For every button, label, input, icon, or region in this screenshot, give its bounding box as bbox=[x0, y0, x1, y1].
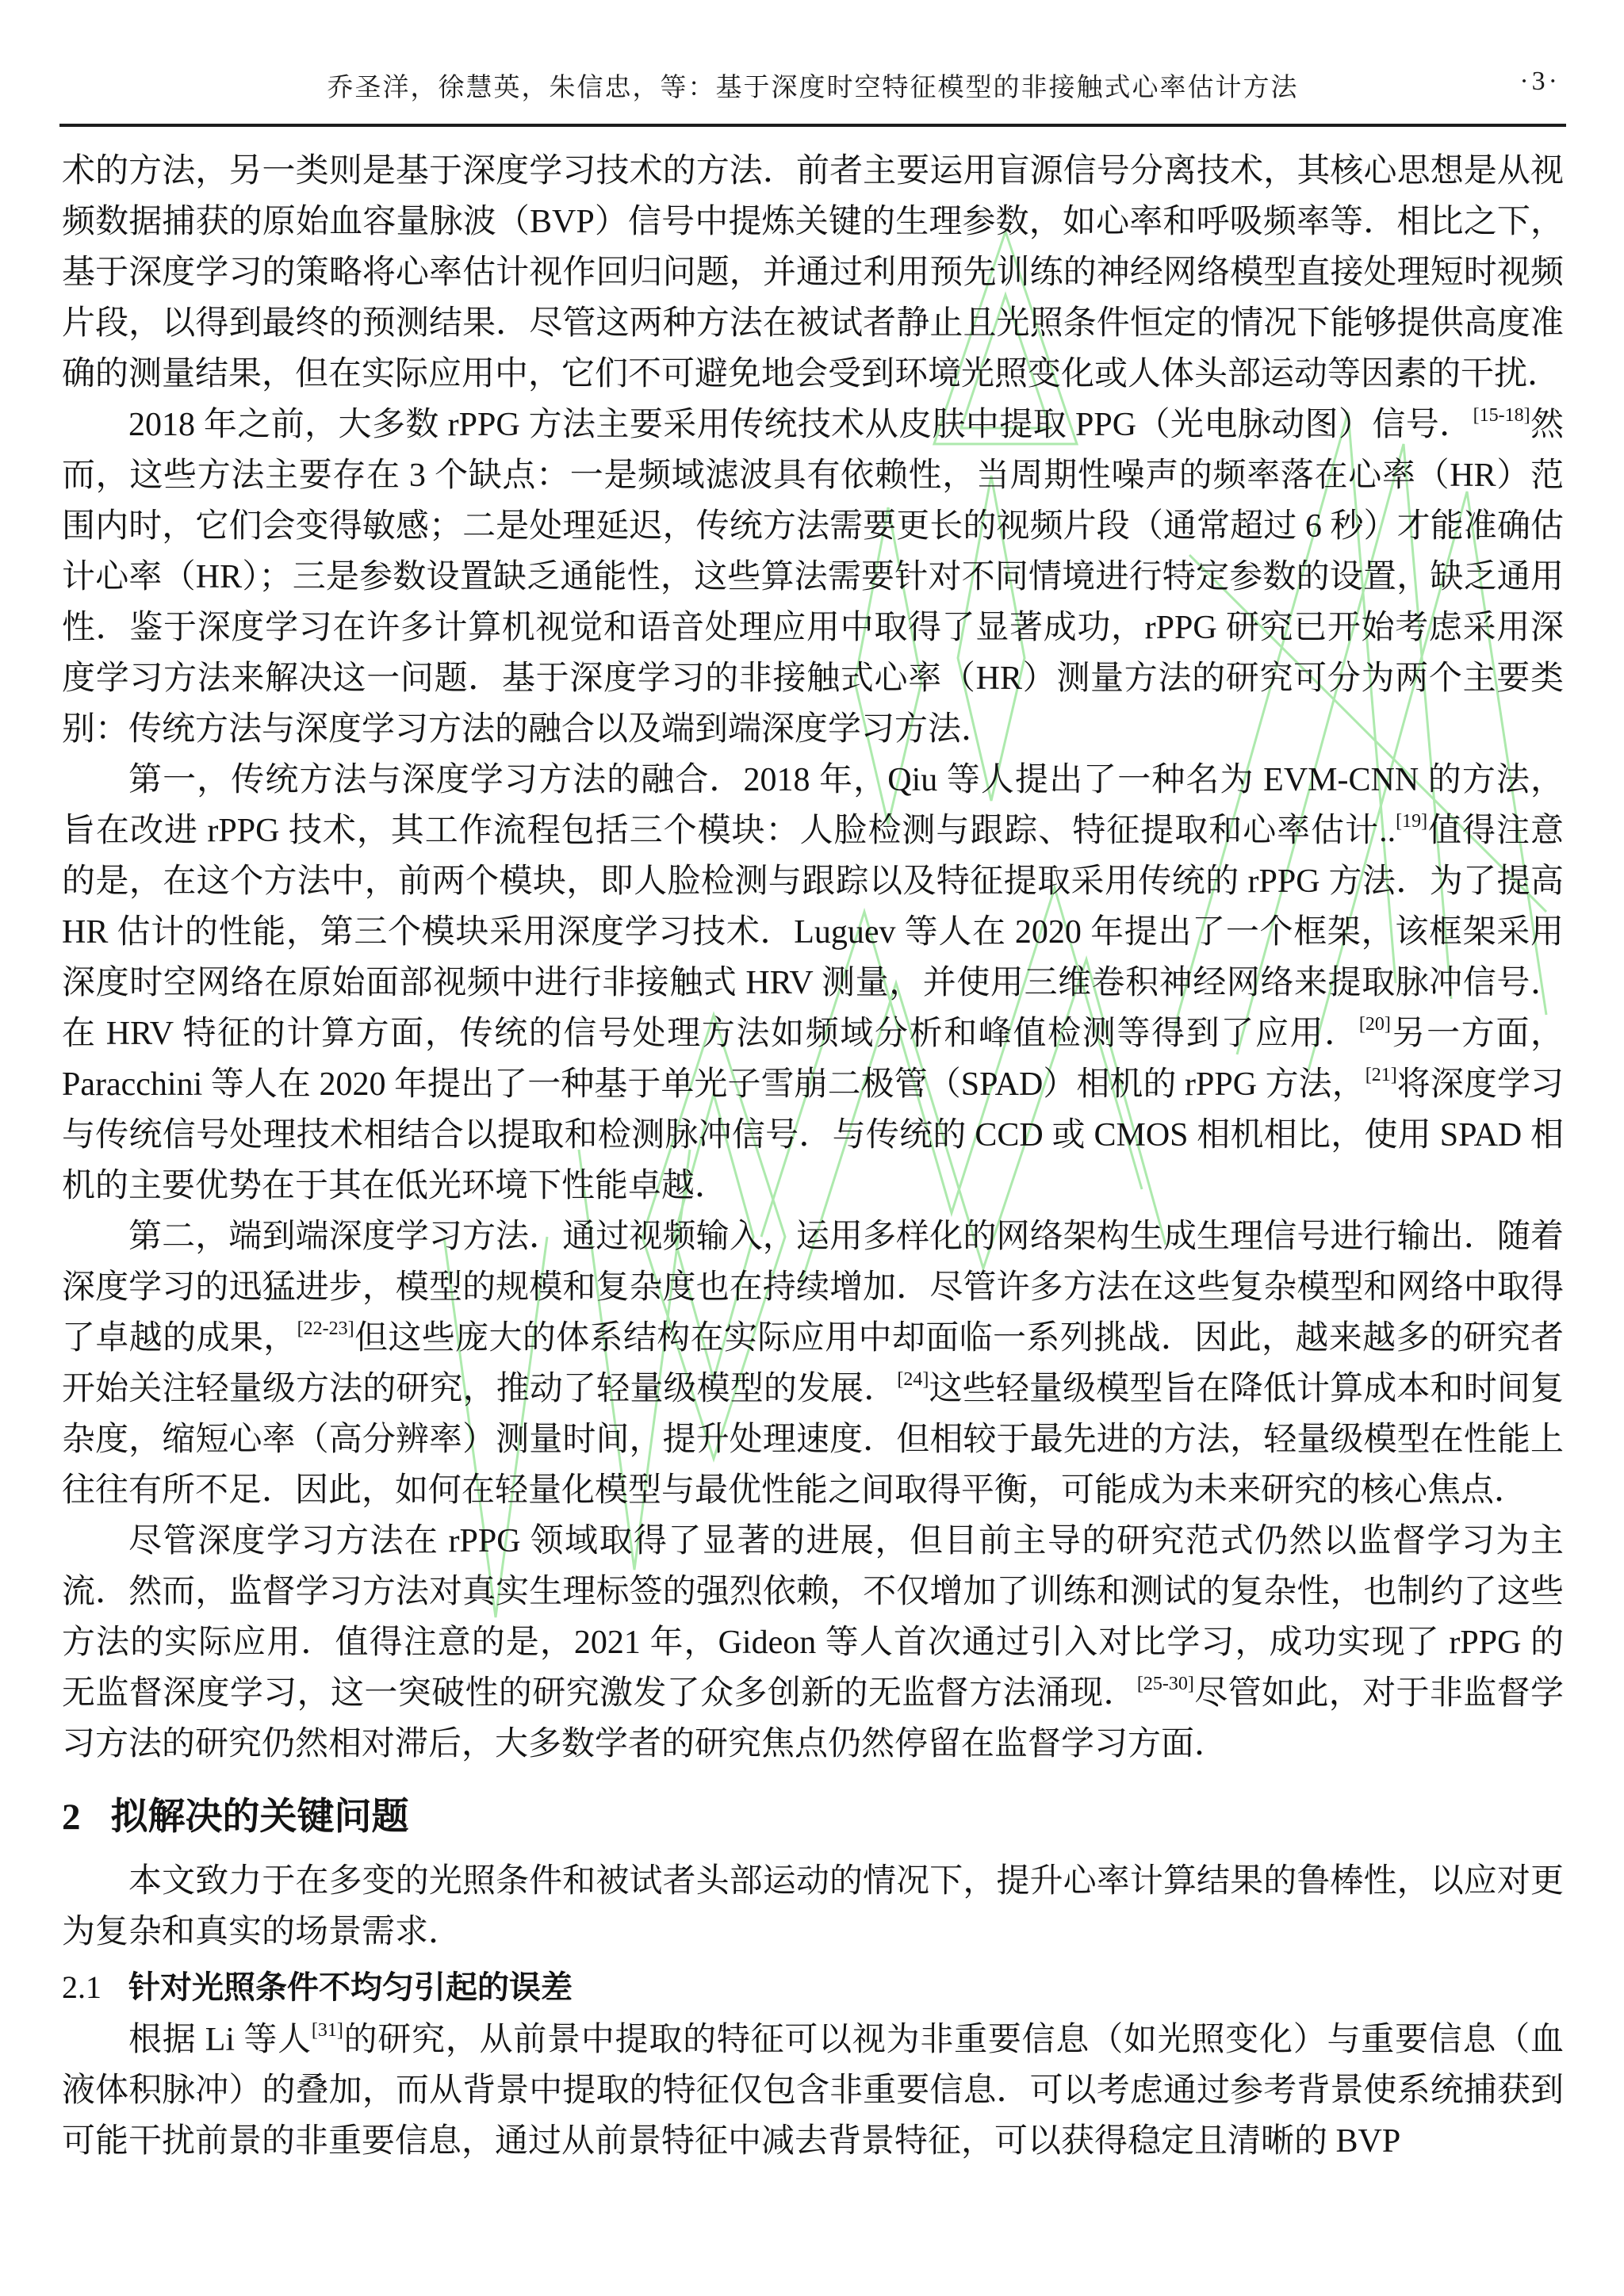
reference-marker: [21] bbox=[1365, 1065, 1397, 1085]
subsection-heading: 2.1针对光照条件不均匀引起的误差 bbox=[62, 1967, 1564, 2008]
heading-number: 2.1 bbox=[62, 1969, 101, 2005]
reference-marker: [24] bbox=[897, 1369, 929, 1390]
running-header: 乔圣洋，徐慧英，朱信忠，等：基于深度时空特征模型的非接触式心率估计方法 ·3· bbox=[62, 67, 1564, 106]
section-heading: 2拟解决的关键问题 bbox=[62, 1793, 1564, 1840]
heading-title: 拟解决的关键问题 bbox=[111, 1795, 409, 1837]
paragraph: 尽管深度学习方法在 rPPG 领域取得了显著的进展，但目前主导的研究范式仍然以监… bbox=[62, 1516, 1564, 1770]
paragraph: 术的方法，另一类则是基于深度学习技术的方法．前者主要运用盲源信号分离技术，其核心… bbox=[62, 146, 1564, 400]
reference-marker: [15-18] bbox=[1473, 405, 1530, 426]
paragraph: 本文致力于在多变的光照条件和被试者头部运动的情况下，提升心率计算结果的鲁棒性，以… bbox=[62, 1856, 1564, 1957]
paragraph: 第二，端到端深度学习方法．通过视频输入，运用多样化的网络架构生成生理信号进行输出… bbox=[62, 1211, 1564, 1516]
heading-number: 2 bbox=[62, 1797, 81, 1838]
header-rule bbox=[59, 124, 1566, 127]
reference-marker: [20] bbox=[1359, 1014, 1391, 1035]
reference-marker: [19] bbox=[1396, 811, 1427, 832]
paragraph: 2018 年之前，大多数 rPPG 方法主要采用传统技术从皮肤中提取 PPG（光… bbox=[62, 400, 1564, 755]
paper-page: 乔圣洋，徐慧英，朱信忠，等：基于深度时空特征模型的非接触式心率估计方法 ·3· … bbox=[0, 0, 1624, 2296]
running-title: 乔圣洋，徐慧英，朱信忠，等：基于深度时空特征模型的非接触式心率估计方法 bbox=[327, 74, 1299, 102]
paragraph: 第一，传统方法与深度学习方法的融合．2018 年，Qiu 等人提出了一种名为 E… bbox=[62, 755, 1564, 1211]
reference-marker: [22-23] bbox=[297, 1318, 354, 1339]
article-body: 术的方法，另一类则是基于深度学习技术的方法．前者主要运用盲源信号分离技术，其核心… bbox=[62, 146, 1564, 2167]
heading-title: 针对光照条件不均匀引起的误差 bbox=[128, 1970, 573, 2005]
paragraph: 根据 Li 等人[31]的研究，从前景中提取的特征可以视为非重要信息（如光照变化… bbox=[62, 2015, 1564, 2167]
page-number: ·3· bbox=[1519, 67, 1561, 97]
reference-marker: [31] bbox=[312, 2020, 343, 2041]
reference-marker: [25-30] bbox=[1137, 1674, 1194, 1694]
